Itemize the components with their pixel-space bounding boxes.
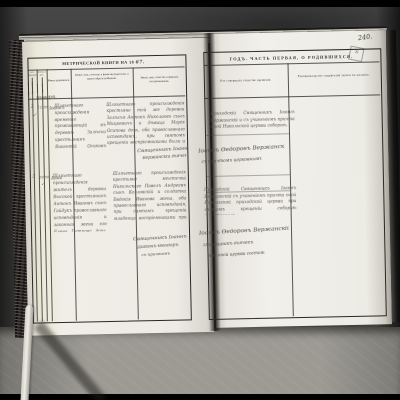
entry1-checkmark: ✓	[30, 112, 38, 120]
entry2-baptism-day: 30	[44, 174, 50, 181]
left-title-text: МЕТРИЧЕСКОЙ КНИГИ НА 18	[62, 59, 134, 66]
entry2-godparents-text: Шляхетнаго происхожденія крестьяне мѣсте…	[113, 169, 187, 221]
entry1-officiant-text: Приходскій Священникъ Іоаннъ Вержанскій …	[210, 109, 294, 133]
witnesses-column-header: Рукоприкладство свидѣтелей записи по жел…	[292, 72, 376, 86]
entry1-baptism-day: 20	[42, 104, 48, 111]
officiant-column-header: Кто совершалъ таинство крещенія.	[207, 77, 285, 87]
names-column-header: Имена родившихся.	[48, 79, 70, 93]
parents-column-header: Званіе, имя, отчество и фамилія родителе…	[73, 73, 131, 93]
archival-photo: МЕТРИЧЕСКОЙ КНИГИ НА 18 67. Счетъ родивш…	[0, 0, 400, 400]
left-title-year: 67.	[136, 60, 145, 65]
godparents-column-header: Званіе, имя, отчество и фамилія воспріем…	[135, 75, 184, 89]
entry1-godparents-text: Шляхетнаго происхожденія крестьяне той ж…	[106, 100, 185, 146]
entry1-parents-text: Шляхетнаго происхожденія временно прожив…	[54, 102, 106, 152]
entry2-number: 3	[29, 175, 38, 182]
archival-stamp: ✕	[348, 46, 364, 62]
entry2-officiant-text: Приходскій Священникъ Іоаннъ Вержанскій …	[204, 185, 297, 215]
count-group-header: Счетъ родившихся.	[27, 71, 37, 78]
date-group-header: Мѣсяцъ и день.	[37, 71, 47, 78]
entry2-checkmark: ✓	[39, 181, 47, 189]
metrical-book: МЕТРИЧЕСКОЙ КНИГИ НА 18 67. Счетъ родивш…	[9, 26, 400, 340]
entry1-number: 2	[28, 105, 37, 112]
entry2-parents-text: Шляхетнаго происхожденія житель деревни …	[53, 171, 107, 232]
